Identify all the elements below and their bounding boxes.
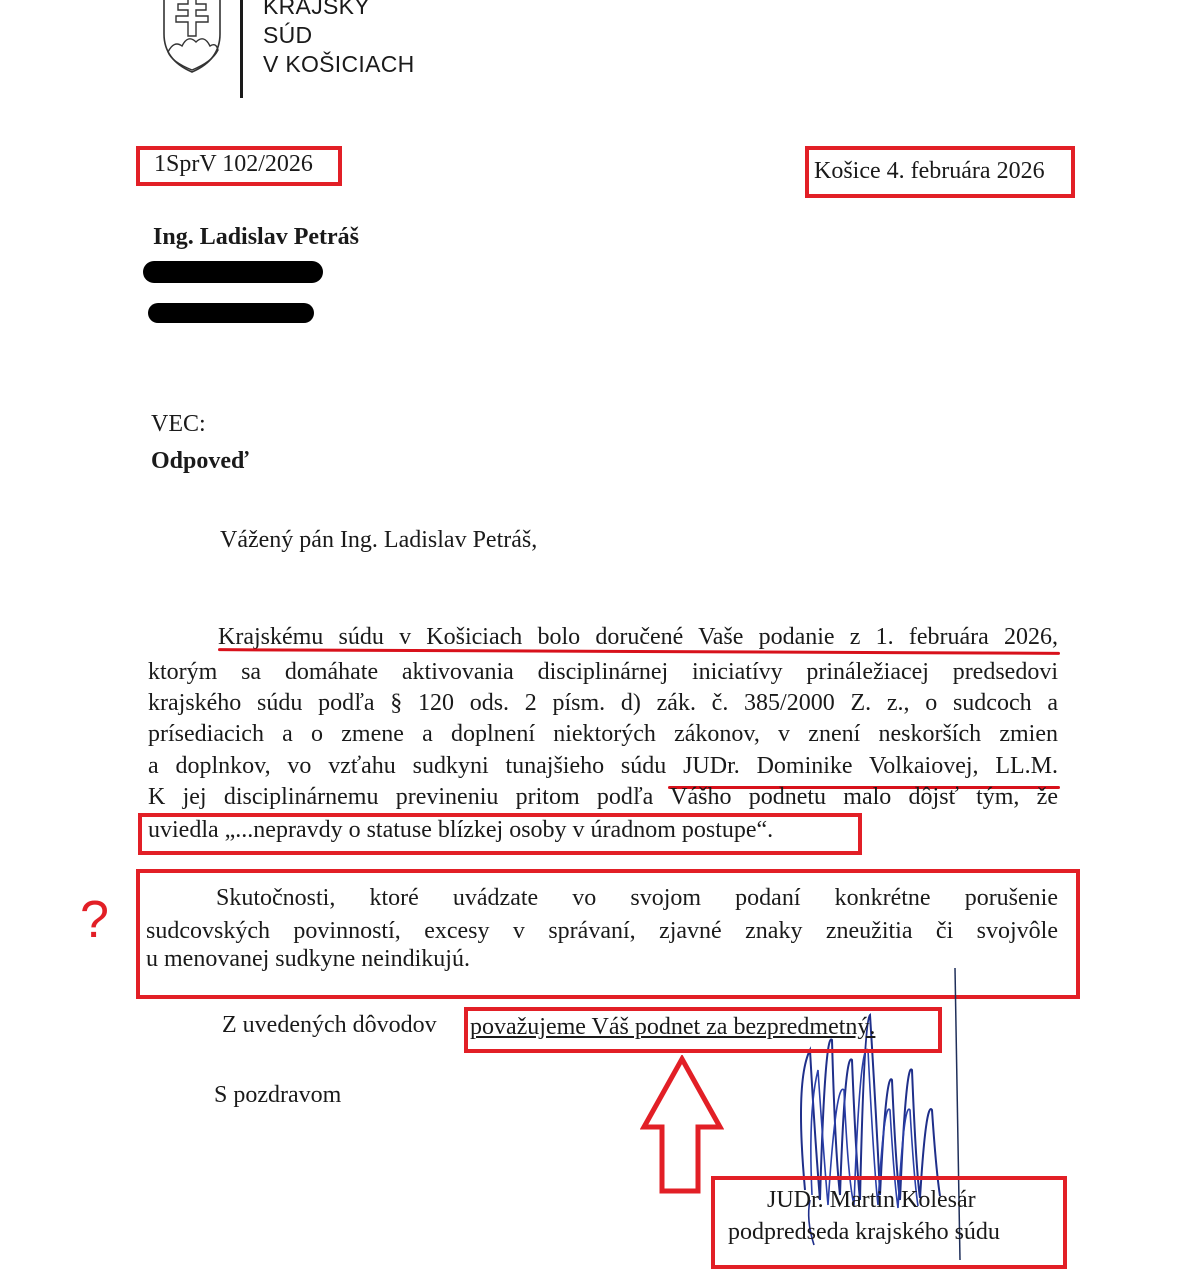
paragraph2-line-1: Skutočnosti, ktoré uvádzate vo svojom po…	[216, 885, 1058, 912]
paragraph1-line-5: a doplnkov, vo vzťahu sudkyni tunajšieho…	[148, 753, 1058, 780]
question-mark-annotation: ?	[80, 890, 109, 950]
subject-label: VEC:	[151, 409, 206, 440]
signatory-title: podpredseda krajského súdu	[728, 1217, 1000, 1248]
court-name-line-2: SÚD	[263, 21, 415, 50]
court-name-line-1: KRAJSKÝ	[263, 0, 415, 21]
subject-title: Odpoveď	[151, 446, 249, 477]
court-name: KRAJSKÝ SÚD V KOŠICIACH	[263, 0, 415, 79]
reference-number: 1SprV 102/2026	[154, 149, 313, 180]
salutation: Vážený pán Ing. Ladislav Petráš,	[220, 525, 537, 556]
redacted-address-line-2	[148, 303, 314, 323]
slovak-coat-of-arms-icon	[160, 0, 224, 74]
header-divider	[240, 0, 243, 98]
paragraph1-line-7: uviedla „...nepravdy o statuse blízkej o…	[148, 817, 1058, 844]
conclusion-highlight-box	[464, 1007, 942, 1053]
conclusion-prefix: Z uvedených dôvodov	[222, 1010, 437, 1041]
signatory-name: JUDr. Martin Kolesár	[767, 1185, 976, 1216]
paragraph2-line-2: sudcovských povinností, excesy v správan…	[146, 918, 1058, 945]
closing: S pozdravom	[214, 1080, 341, 1111]
court-name-line-3: V KOŠICIACH	[263, 50, 415, 79]
paragraph1-line-2: ktorým sa domáhate aktivovania disciplin…	[148, 659, 1058, 686]
recipient-name: Ing. Ladislav Petráš	[153, 222, 359, 253]
place-date: Košice 4. februára 2026	[814, 156, 1045, 187]
paragraph1-line-6: K jej disciplinárnemu previneniu pritom …	[148, 784, 1058, 811]
paragraph1-line-4: prísediacich a o zmene a doplnení niekto…	[148, 721, 1058, 748]
paragraph1-line-3: krajského súdu podľa § 120 ods. 2 písm. …	[148, 690, 1058, 717]
paragraph1-line-1: Krajskému súdu v Košiciach bolo doručené…	[218, 624, 1058, 651]
redacted-address-line-1	[143, 261, 323, 283]
